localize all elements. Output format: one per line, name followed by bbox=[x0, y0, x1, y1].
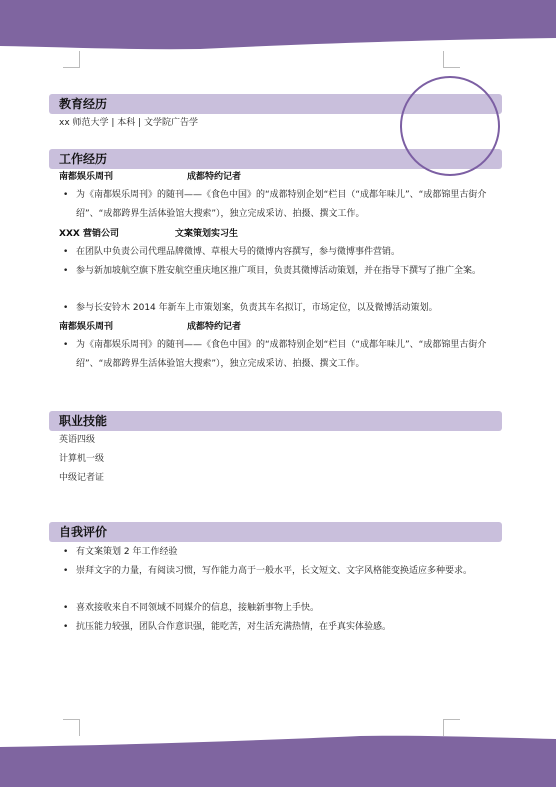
section-header-skills: 职业技能 bbox=[49, 411, 502, 431]
skill-item: 中级记者证 bbox=[59, 472, 104, 484]
section-title: 教育经历 bbox=[59, 96, 107, 112]
section-title: 自我评价 bbox=[59, 524, 107, 540]
crop-mark-bottom-right bbox=[443, 719, 460, 736]
job-bullet: 为《南都娱乐周刊》的随刊——《食色中国》的“成都特别企划“栏目（“成都年味儿”、… bbox=[76, 186, 512, 224]
section-title: 工作经历 bbox=[59, 151, 107, 167]
header-wave-decoration bbox=[0, 0, 556, 52]
skill-item: 计算机一级 bbox=[59, 453, 104, 465]
self-eval-bullet: 崇拜文字的力量，有阅读习惯，写作能力高于一般水平，长文短文、文字风格能变换适应多… bbox=[76, 562, 512, 581]
self-eval-bullet: 有文案策划 2 年工作经验 bbox=[76, 543, 512, 562]
self-eval-bullet: 抗压能力较强，团队合作意识强，能吃苦，对生活充满热情，在乎真实体验感。 bbox=[76, 618, 512, 637]
section-title: 职业技能 bbox=[59, 413, 107, 429]
job-position: 文案策划实习生 bbox=[175, 228, 238, 240]
section-header-self-eval: 自我评价 bbox=[49, 522, 502, 542]
crop-mark-bottom-left bbox=[63, 719, 80, 736]
job-bullet: 为《南都娱乐周刊》的随刊——《食色中国》的“成都特别企划“栏目（“成都年味儿”、… bbox=[76, 336, 512, 374]
job-bullet: 参与新加坡航空旗下胜安航空重庆地区推广项目，负责其微博活动策划，并在指导下撰写了… bbox=[76, 262, 512, 281]
education-line: xx 师范大学 | 本科 | 文学院广告学 bbox=[59, 117, 198, 129]
crop-mark-top-left bbox=[63, 51, 80, 68]
crop-mark-top-right bbox=[443, 51, 460, 68]
footer-wave-decoration bbox=[0, 735, 556, 787]
photo-placeholder-circle bbox=[400, 76, 500, 176]
job-bullet: 参与长安铃木 2014 年新车上市策划案，负责其车名拟订，市场定位，以及微博活动… bbox=[76, 299, 512, 318]
job-bullet: 在团队中负责公司代理品牌微博、草根大号的微博内容撰写，参与微博事件营销。 bbox=[76, 243, 512, 262]
job-position: 成都特约记者 bbox=[187, 321, 241, 333]
self-eval-bullet: 喜欢接收来自不同领域不同媒介的信息，接触新事物上手快。 bbox=[76, 599, 512, 618]
job-company: 南都娱乐周刊 bbox=[59, 321, 113, 333]
job-position: 成都特约记者 bbox=[187, 171, 241, 183]
job-company: XXX 营销公司 bbox=[59, 228, 119, 240]
job-company: 南都娱乐周刊 bbox=[59, 171, 113, 183]
skill-item: 英语四级 bbox=[59, 434, 95, 446]
